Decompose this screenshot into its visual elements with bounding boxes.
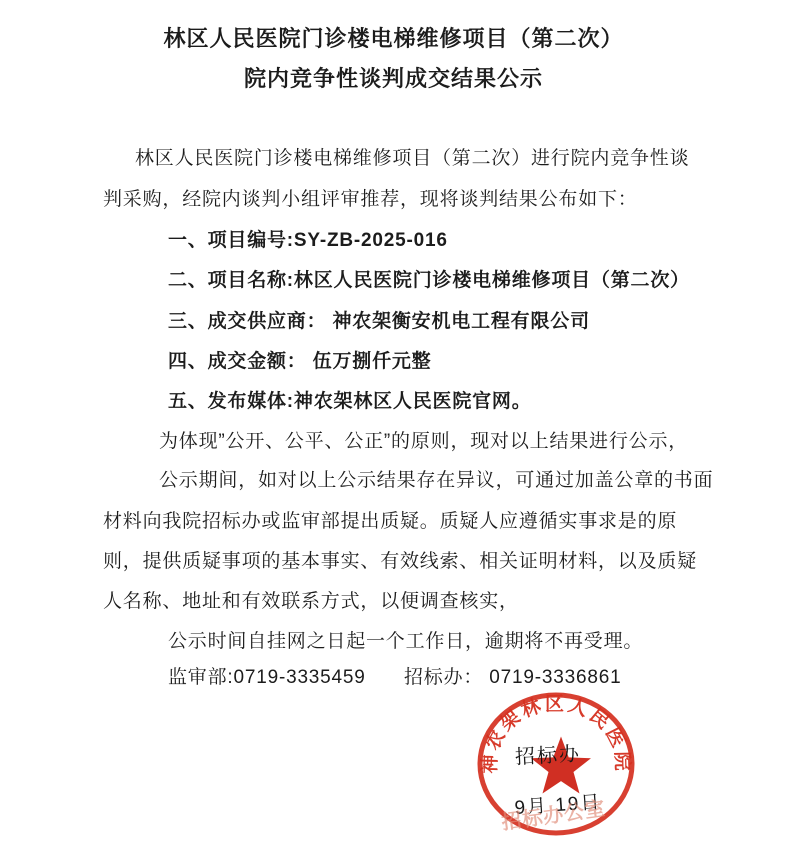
document-title-line2: 院内竞争性谈判成交结果公示 [0,62,787,93]
document-title-line1: 林区人民医院门诊楼电梯维修项目（第二次） [0,22,787,53]
notice-line-3: 材料向我院招标办或监审部提出质疑。质疑人应遵循实事求是的原 [103,510,677,534]
document-page: 林区人民医院门诊楼电梯维修项目（第二次） 院内竞争性谈判成交结果公示 林区人民医… [0,0,787,857]
contact-bidding-office: 招标办： 0719-3336861 [404,666,621,690]
official-seal: 神农架林区人民医院 招标办 9月 19日 招标办公室 [474,690,638,840]
notice-line-5: 人名称、地址和有效联系方式，以便调查核实， [103,590,519,614]
intro-line-2: 判采购，经院内谈判小组评审推荐，现将谈判结果公布如下： [103,188,638,212]
item-publish-media: 五、发布媒体:神农架林区人民医院官网。 [168,390,532,414]
contact-supervision-dept: 监审部:0719-3335459 [168,666,366,690]
item-project-number: 一、项目编号:SY-ZB-2025-016 [168,229,448,253]
intro-line-1: 林区人民医院门诊楼电梯维修项目（第二次）进行院内竞争性谈 [135,147,689,171]
item-project-name: 二、项目名称:林区人民医院门诊楼电梯维修项目（第二次） [168,269,690,293]
notice-line-2: 公示期间，如对以上公示结果存在异议，可通过加盖公章的书面 [159,469,713,493]
item-award-amount: 四、成交金额： 伍万捌仟元整 [168,350,431,374]
deadline-line: 公示时间自挂网之日起一个工作日，逾期将不再受理。 [168,630,643,654]
notice-line-4: 则，提供质疑事项的基本事实、有效线索、相关证明材料，以及质疑 [103,550,697,574]
seal-office-text: 招标办 [514,742,581,768]
item-winning-supplier: 三、成交供应商： 神农架衡安机电工程有限公司 [168,310,590,334]
notice-line-1: 为体现”公开、公平、公正”的原则，现对以上结果进行公示， [159,430,688,454]
